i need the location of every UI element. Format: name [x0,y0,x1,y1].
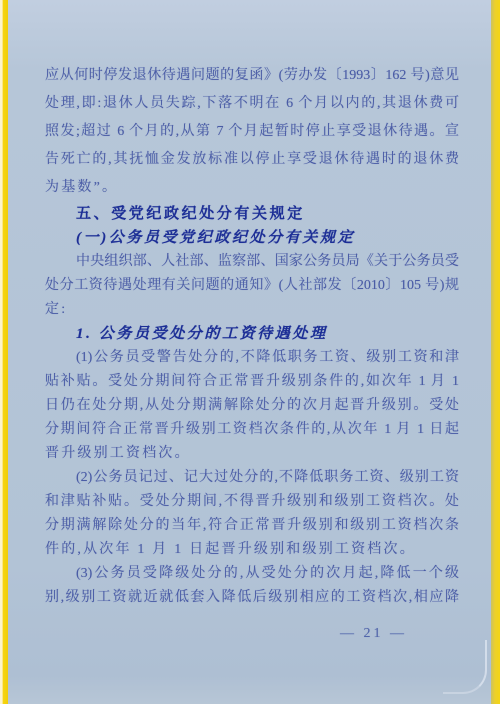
text-line: 为基数”。 [45,174,459,202]
text-line: (3)公务员受降级处分的,从受处分的次月起,降低一个级 [45,562,459,586]
text-line: 和津贴补贴。受处分期间,不得晋升级别和级别工资档次。处 [45,490,459,514]
text-line: 照发;超过 6 个月的,从第 7 个月起暂时停止享受退休待遇。宣 [45,118,459,146]
text-line: 告死亡的,其抚恤金发放标准以停止享受退休待遇时的退休费 [45,146,459,174]
text-line: 定: [45,298,459,322]
page-corner-artifact [443,640,487,694]
text-line: 分期满解除处分的当年,符合正常晋升级别和级别工资档次条 [45,514,459,538]
text-line: 日仍在处分期,从处分期满解除处分的次月起晋升级别。受处 [45,394,459,418]
text-line: 件的,从次年 1 月 1 日起晋升级别和级别工资档次。 [45,538,459,562]
document-body: 应从何时停发退休待遇问题的复函》(劳办发〔1993〕162 号)意见处理,即:退… [45,62,459,642]
heading-line: (一)公务员受党纪政纪处分有关规定 [45,226,459,250]
text-line: 晋升级别工资档次。 [45,442,459,466]
page-number: — 21 — [45,626,459,642]
text-line: 别,级别工资就近就低套入降低后级别相应的工资档次,相应降 [45,586,459,610]
text-line: (2)公务员记过、记大过处分的,不降低职务工资、级别工资 [45,466,459,490]
text-line: 贴补贴。受处分期间符合正常晋升级别条件的,如次年 1 月 1 [45,370,459,394]
text-line: 应从何时停发退休待遇问题的复函》(劳办发〔1993〕162 号)意见 [45,62,459,90]
text-line: 处分工资待遇处理有关问题的通知》(人社部发〔2010〕105 号)规 [45,274,459,298]
heading-line: 1. 公务员受处分的工资待遇处理 [45,322,459,346]
text-line: 中央组织部、人社部、监察部、国家公务员局《关于公务员受 [45,250,459,274]
text-line: (1)公务员受警告处分的,不降低职务工资、级别工资和津 [45,346,459,370]
heading-line: 五、受党纪政纪处分有关规定 [45,202,459,226]
book-binding-left-edge [0,0,8,704]
book-binding-right-edge [491,0,500,704]
text-line: 处理,即:退休人员失踪,下落不明在 6 个月以内的,其退休费可 [45,90,459,118]
text-line: 分期间符合正常晋升级别工资档次条件的,从次年 1 月 1 日起 [45,418,459,442]
scanned-document-page: 应从何时停发退休待遇问题的复函》(劳办发〔1993〕162 号)意见处理,即:退… [0,0,500,704]
